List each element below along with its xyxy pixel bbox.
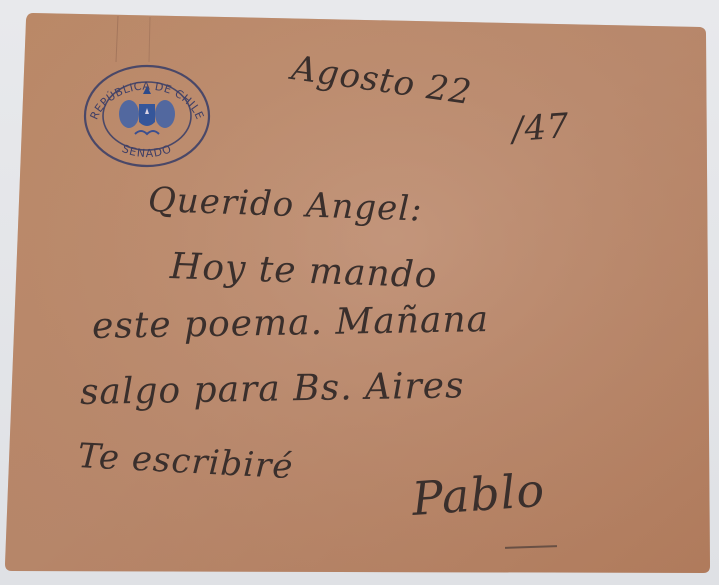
- signature: Pablo: [410, 463, 547, 526]
- body-line: salgo para Bs. Aires: [80, 365, 465, 413]
- senate-seal: REPÚBLICA DE CHILE SENADO: [83, 64, 211, 168]
- body-line: este poema. Mañana: [92, 299, 490, 347]
- svg-text:SENADO: SENADO: [120, 142, 174, 160]
- date-year: /47: [511, 106, 571, 150]
- note-card: REPÚBLICA DE CHILE SENADO Agosto 22 /47 …: [0, 0, 719, 585]
